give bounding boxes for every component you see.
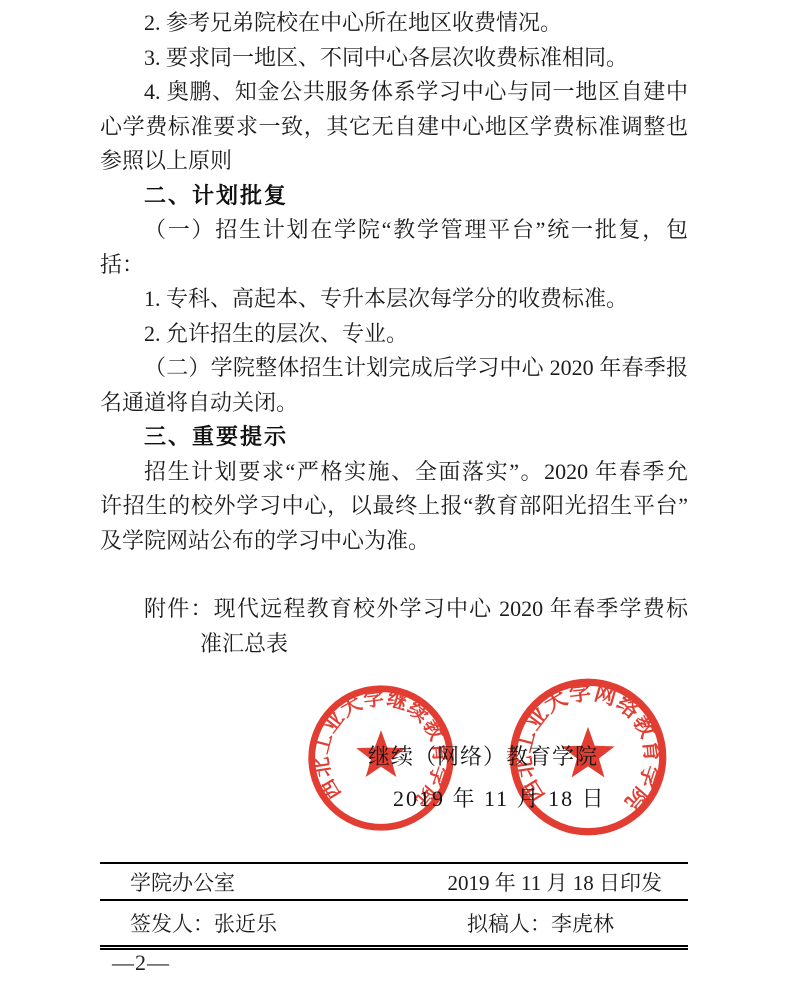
footer-row-office: 学院办公室 2019 年 11 月 18 日印发 [100,864,688,901]
section-heading: 二、计划批复 [100,179,688,214]
issuance-footer: 学院办公室 2019 年 11 月 18 日印发 签发人：张近乐 拟稿人：李虎林 [100,862,688,950]
drafter-name: 拟稿人：李虎林 [467,908,614,938]
body-line: 括： [100,248,688,283]
footer-row-people: 签发人：张近乐 拟稿人：李虎林 [100,901,688,945]
body-line: （一）招生计划在学院“教学管理平台”统一批复，包 [100,213,688,248]
body-line: （二）学院整体招生计划完成后学习中心 2020 年春季报 [100,351,688,386]
body-line: 4. 奥鹏、知金公共服务体系学习中心与同一地区自建中 [100,75,688,110]
print-date: 2019 年 11 月 18 日印发 [448,867,688,897]
body-line: 参照以上原则 [100,144,688,179]
body-line: 招生计划要求“严格实施、全面落实”。2020 年春季允 [100,455,688,490]
issuing-office: 学院办公室 [100,867,235,897]
page-number: —2— [112,950,170,976]
document-page: 2. 参考兄弟院校在中心所在地区收费情况。 3. 要求同一地区、不同中心各层次收… [0,0,788,998]
document-body: 2. 参考兄弟院校在中心所在地区收费情况。 3. 要求同一地区、不同中心各层次收… [100,6,688,661]
body-line: 许招生的校外学习中心，以最终上报“教育部阳光招生平台” [100,489,688,524]
body-line: 2. 允许招生的层次、专业。 [100,317,688,352]
issuer-name: 签发人：张近乐 [100,908,277,938]
attachment-line: 附件：现代远程教育校外学习中心 2020 年春季学费标 [100,592,688,627]
signature-organization: 继续（网络）教育学院 [368,740,598,771]
body-line: 3. 要求同一地区、不同中心各层次收费标准相同。 [100,41,688,76]
body-line: 心学费标准要求一致，其它无自建中心地区学费标准调整也 [100,110,688,145]
attachment-line: 准汇总表 [100,627,688,662]
attachment-note: 附件：现代远程教育校外学习中心 2020 年春季学费标 准汇总表 [100,592,688,661]
body-line: 及学院网站公布的学习中心为准。 [100,524,688,559]
body-line: 1. 专科、高起本、专升本层次每学分的收费标准。 [100,282,688,317]
signature-date: 2019 年 11 月 18 日 [393,782,606,813]
section-heading: 三、重要提示 [100,420,688,455]
body-line: 2. 参考兄弟院校在中心所在地区收费情况。 [100,6,688,41]
body-line: 名通道将自动关闭。 [100,386,688,421]
